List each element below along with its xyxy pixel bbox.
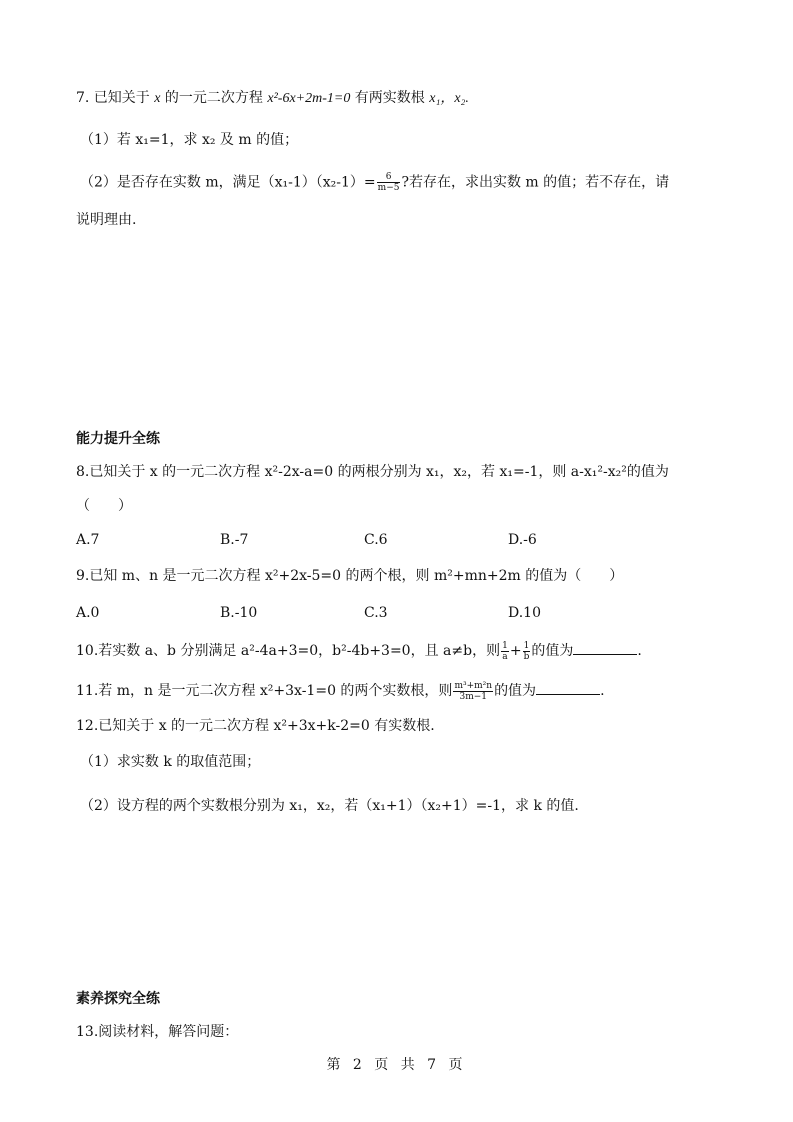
fraction-numerator: m³+m²n <box>453 681 493 692</box>
option-c: C.3 <box>364 603 388 623</box>
option-a: A.0 <box>76 603 99 623</box>
section-title-ability: 能力提升全练 <box>76 428 160 448</box>
q7-text-suffix: 有两实数根 <box>350 90 429 106</box>
option-a: A.7 <box>76 530 99 550</box>
q7-roots: x₁，x₂. <box>429 91 469 106</box>
question-7-part-2: （2）是否存在实数 m，满足（x₁-1）（x₂-1）=6m−5?若存在，求出实数… <box>80 172 669 193</box>
q11-text: 11.若 m，n 是一元二次方程 x²+3x-1=0 的两个实数根，则 <box>76 683 452 699</box>
answer-blank <box>573 640 637 655</box>
q7-text-mid: 的一元二次方程 <box>160 90 267 106</box>
fraction: 6m−5 <box>377 172 401 193</box>
fraction-denominator: m−5 <box>377 183 401 193</box>
fraction-numerator: 6 <box>377 172 401 183</box>
answer-blank <box>536 680 600 695</box>
q10-text-end: 的值为 <box>531 643 573 659</box>
q7-equation: x²-6x+2m-1=0 <box>267 91 350 106</box>
plus-sign: + <box>510 643 522 659</box>
option-d: D.10 <box>508 603 541 623</box>
question-8-stem: 8.已知关于 x 的一元二次方程 x²-2x-a=0 的两根分别为 x₁，x₂，… <box>76 462 669 482</box>
question-12-part-2: （2）设方程的两个实数根分别为 x₁，x₂，若（x₁+1）（x₂+1）=-1，求… <box>80 796 579 816</box>
fraction-1-over-b: 1b <box>523 641 531 662</box>
period: . <box>637 643 641 659</box>
option-d: D.-6 <box>508 530 537 550</box>
fraction-denominator: 3m−1 <box>453 692 493 702</box>
question-7-part-1: （1）若 x₁=1，求 x₂ 及 m 的值； <box>80 130 298 150</box>
option-b: B.-7 <box>220 530 248 550</box>
question-7-stem: 7. 已知关于 x 的一元二次方程 x²-6x+2m-1=0 有两实数根 x₁，… <box>76 88 469 109</box>
question-13-stem: 13.阅读材料，解答问题： <box>76 1022 238 1042</box>
question-12-stem: 12.已知关于 x 的一元二次方程 x²+3x+k-2=0 有实数根. <box>76 716 435 736</box>
q11-text-end: 的值为 <box>494 683 536 699</box>
fraction-numerator: 1 <box>501 641 509 652</box>
question-7-part-2-continued: 说明理由. <box>76 210 136 230</box>
option-c: C.6 <box>364 530 388 550</box>
q7-part2-text-end: ?若存在，求出实数 m 的值；若不存在，请 <box>401 175 669 191</box>
q7-text: 7. 已知关于 <box>76 90 154 106</box>
fraction-1-over-a: 1a <box>501 641 509 662</box>
question-11-stem: 11.若 m，n 是一元二次方程 x²+3x-1=0 的两个实数根，则m³+m²… <box>76 680 605 702</box>
period: . <box>600 683 604 699</box>
question-8-answer-paren: （ ） <box>76 496 132 516</box>
question-9-stem: 9.已知 m、n 是一元二次方程 x²+2x-5=0 的两个根，则 m²+mn+… <box>76 566 623 586</box>
fraction-numerator: 1 <box>523 641 531 652</box>
fraction-denominator: b <box>523 652 531 662</box>
section-title-literacy: 素养探究全练 <box>76 988 160 1008</box>
question-12-part-1: （1）求实数 k 的取值范围； <box>80 752 260 772</box>
q10-text: 10.若实数 a、b 分别满足 a²-4a+3=0，b²-4b+3=0，且 a≠… <box>76 643 500 659</box>
fraction: m³+m²n3m−1 <box>453 681 493 702</box>
q7-part2-text: （2）是否存在实数 m，满足（x₁-1）（x₂-1）= <box>80 175 376 191</box>
option-b: B.-10 <box>220 603 257 623</box>
fraction-denominator: a <box>501 652 509 662</box>
question-10-stem: 10.若实数 a、b 分别满足 a²-4a+3=0，b²-4b+3=0，且 a≠… <box>76 640 642 662</box>
page-footer: 第 2 页 共 7 页 <box>0 1054 793 1074</box>
